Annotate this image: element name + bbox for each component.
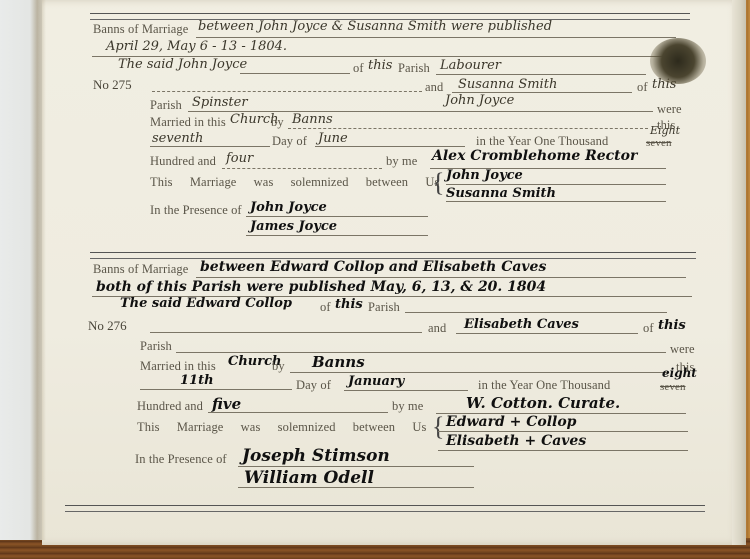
bride-status: Spinster bbox=[192, 95, 248, 110]
day-value: seventh bbox=[152, 131, 203, 146]
ink-blot bbox=[650, 38, 706, 84]
groom-name: The said John Joyce bbox=[118, 57, 247, 72]
witness-2-signature: William Odell bbox=[244, 468, 374, 488]
witness-1-signature: Joseph Stimson bbox=[242, 446, 390, 466]
overwritten-name: John Joyce bbox=[445, 93, 514, 108]
entry-separator bbox=[90, 252, 696, 259]
entry-number: No 276 bbox=[88, 318, 127, 334]
year-written: Eight bbox=[650, 124, 680, 137]
banns-text-line2: April 29, May 6 - 13 - 1804. bbox=[106, 39, 287, 54]
hundred-value: four bbox=[226, 151, 253, 166]
bride-signature: Elisabeth + Caves bbox=[446, 433, 586, 449]
entry-number: No 275 bbox=[93, 77, 132, 93]
marriage-by: Banns bbox=[292, 112, 333, 127]
bride-signature: Susanna Smith bbox=[446, 186, 556, 201]
witness-2-signature: James Joyce bbox=[250, 219, 337, 234]
hundred-value: five bbox=[212, 395, 241, 413]
marriage-by: Banns bbox=[312, 353, 365, 371]
page-edge bbox=[732, 0, 746, 545]
year-printed-struck: seven bbox=[660, 381, 686, 393]
day-value: 11th bbox=[180, 373, 214, 388]
month: June bbox=[318, 131, 348, 146]
year-written: eight bbox=[662, 366, 697, 380]
bride-name: Elisabeth Caves bbox=[464, 317, 579, 332]
witness-1-signature: John Joyce bbox=[250, 200, 327, 215]
year-printed-struck: seven bbox=[646, 137, 672, 149]
banns-text-line1: between Edward Collop and Elisabeth Cave… bbox=[200, 259, 546, 275]
officiant-signature: W. Cotton. Curate. bbox=[466, 394, 620, 412]
banns-text-line1: between John Joyce & Susanna Smith were … bbox=[198, 19, 552, 34]
groom-occupation: Labourer bbox=[440, 58, 501, 73]
bride-name: Susanna Smith bbox=[458, 77, 557, 92]
officiant-signature: Alex Cromblehome Rector bbox=[432, 148, 637, 164]
banns-text-line2: both of this Parish were published May, … bbox=[96, 279, 546, 295]
groom-signature: Edward + Collop bbox=[446, 414, 576, 430]
month: January bbox=[348, 374, 404, 389]
groom-name: The said Edward Collop bbox=[120, 296, 292, 311]
bottom-separator bbox=[65, 505, 705, 512]
book-gutter bbox=[30, 0, 46, 540]
groom-signature: John Joyce bbox=[446, 168, 523, 183]
banns-label: Banns of Marriage bbox=[93, 22, 188, 37]
banns-label: Banns of Marriage bbox=[93, 262, 188, 277]
